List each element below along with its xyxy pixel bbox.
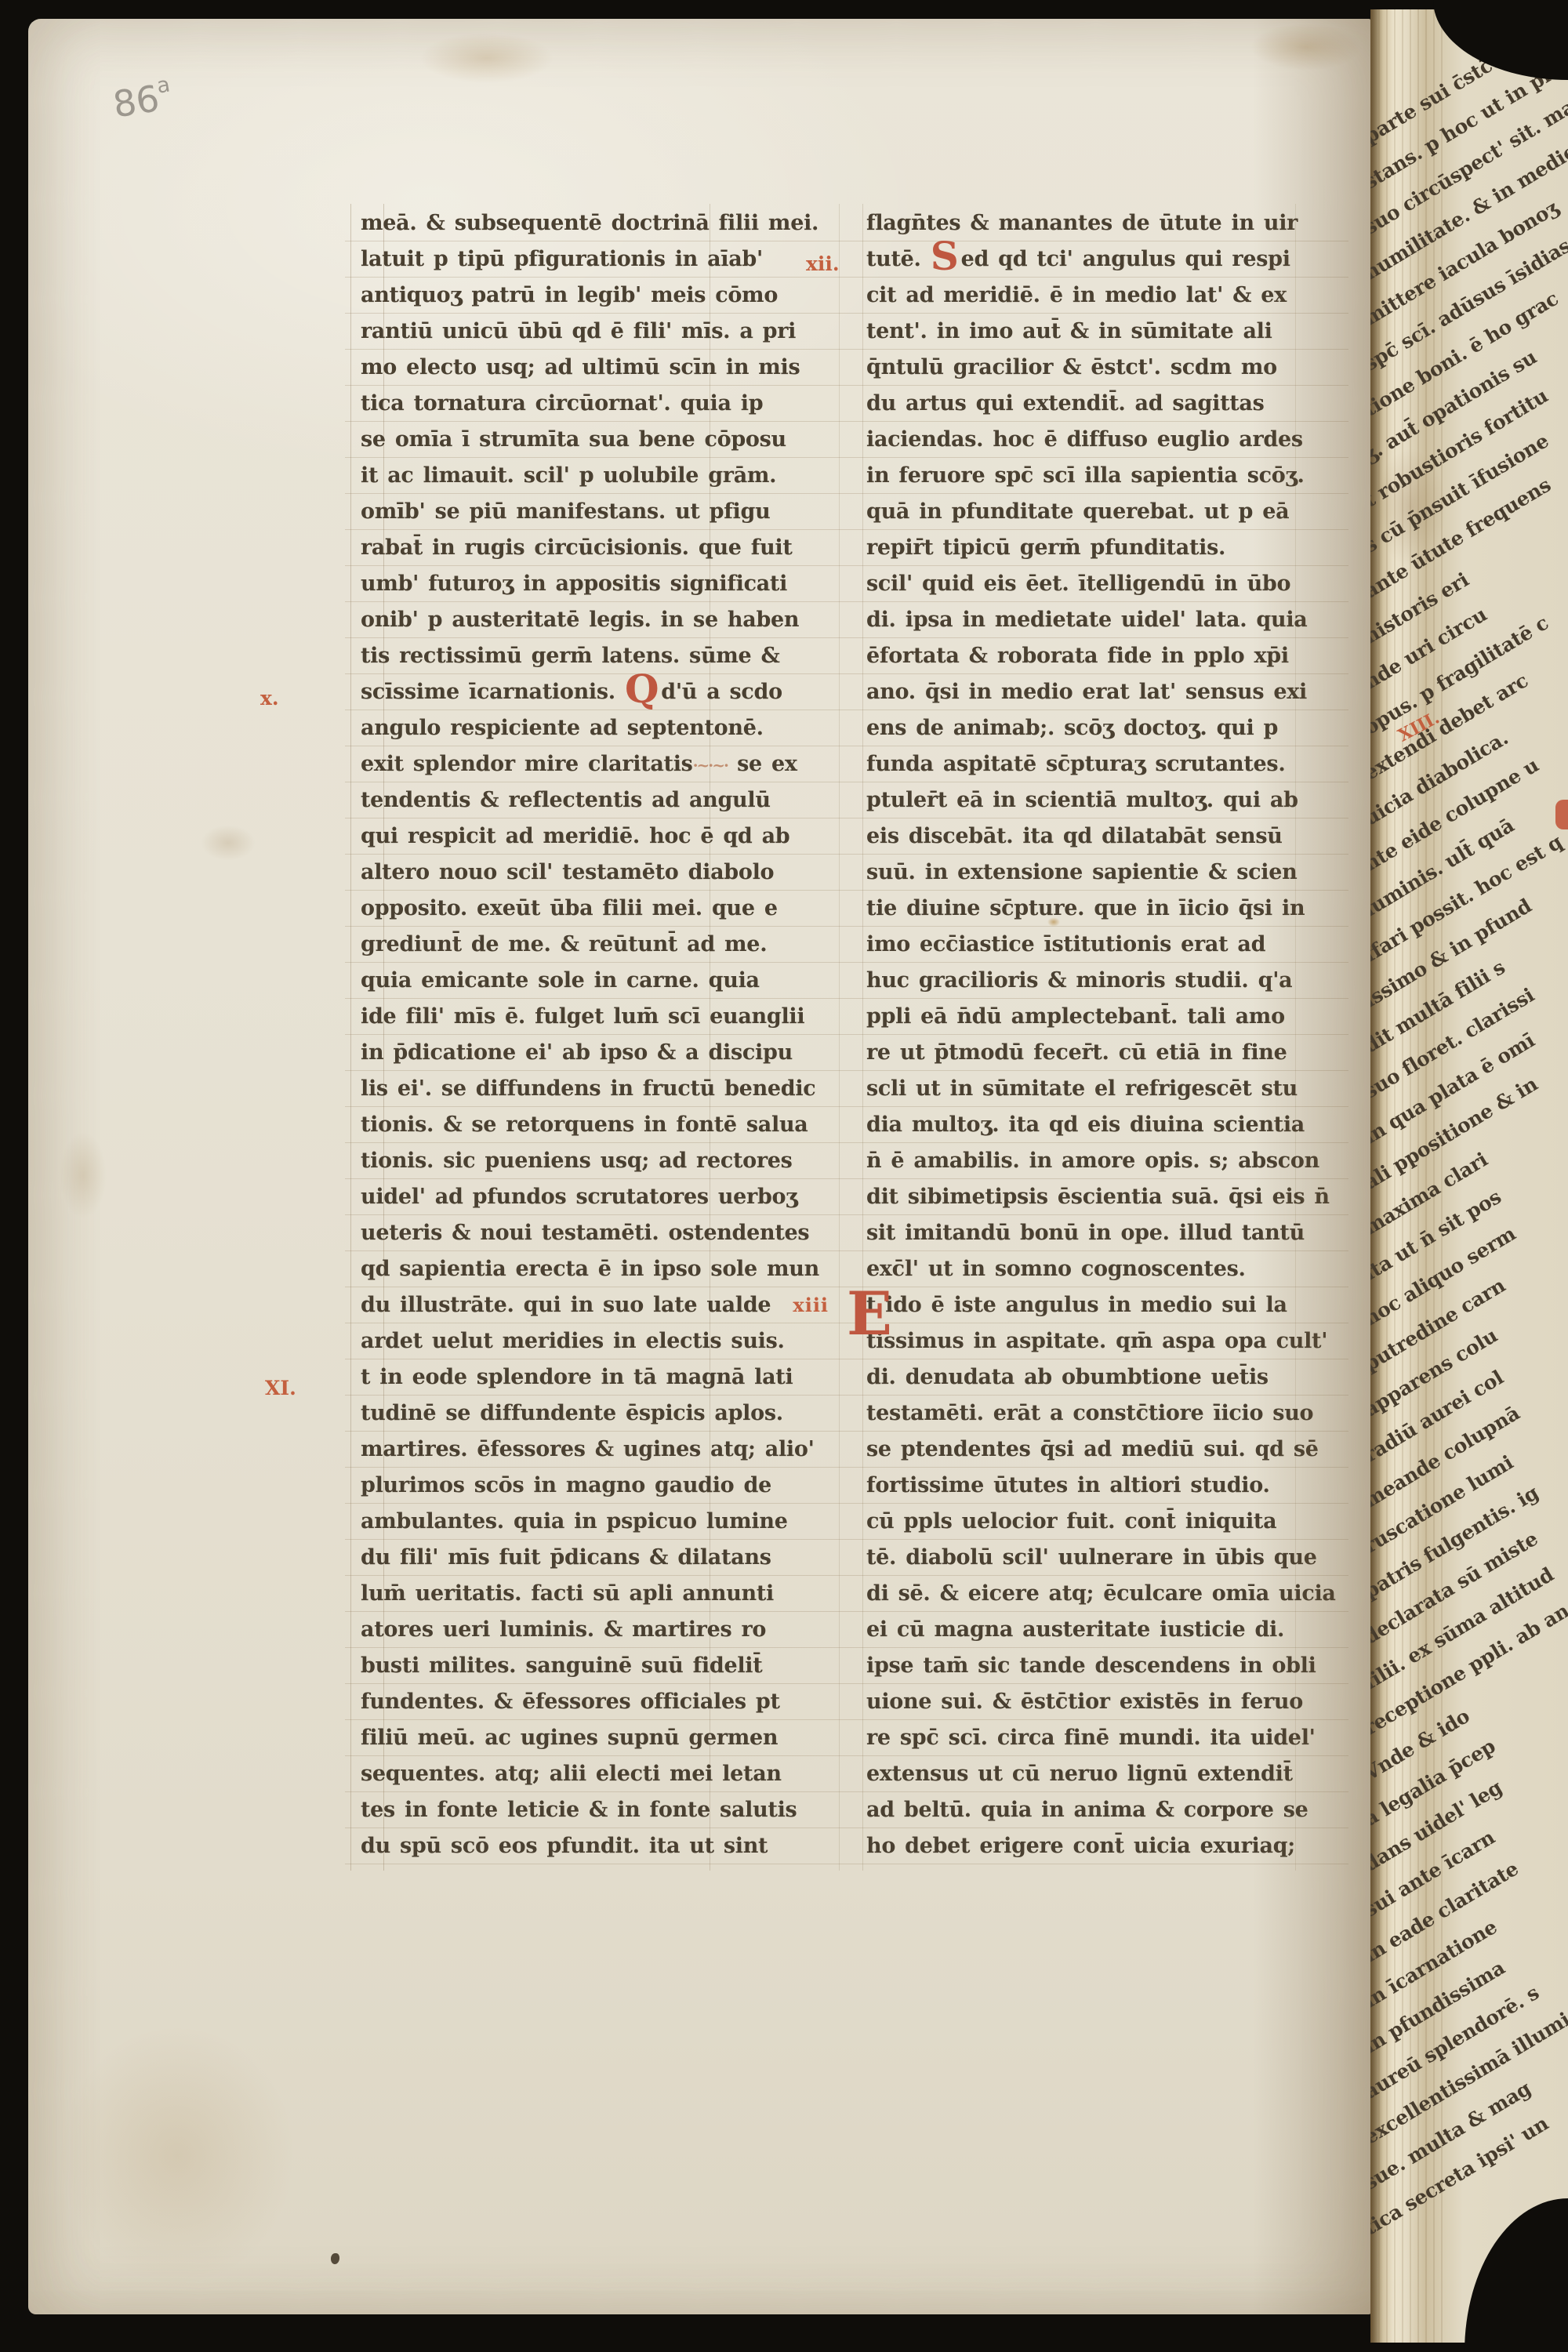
manuscript-text-line: du artus qui extendit̄. ad sagittas [866,386,1305,422]
manuscript-text-line: ēfortata & roborata fide in pplo xp̄i [866,638,1305,674]
parchment-stain [60,2026,295,2285]
manuscript-text-line: uione sui. & ēstc̄tior existēs in feruo [866,1684,1305,1720]
folio-number: 86a [110,72,175,125]
line-filler-flourish: ·~·~· [693,756,728,775]
ink-blot [331,2253,339,2264]
manuscript-text-line: funda aspitatē sc̄pturaʒ scrutantes. [866,746,1305,782]
manuscript-text-line: ens de animab;. scōʒ doctoʒ. qui p [866,710,1305,746]
manuscript-text-line: rantiū unicū ūbū qd ē fili' mīs. a pri [361,314,734,350]
manuscript-text-line: q̄ntulū gracilior & ēstct'. scdm mo [866,350,1305,386]
parchment-stain [1047,917,1060,927]
manuscript-text-line: ei cū magna austeritate iusticie di. [866,1612,1305,1648]
manuscript-text-line: du fili' mīs fuit p̄dicans & dilatans [361,1540,734,1576]
ruling-line-vertical [839,204,840,1871]
manuscript-text-line: ardet uelut meridies in electis suis. [361,1323,734,1359]
manuscript-text-line: huc gracilioris & minoris studii. q'a [866,963,1305,999]
manuscript-text-line: umb' futuroʒ in appositis significati [361,566,734,602]
text-column-right: flagn̄tes & manantes de ūtute in uirtutē… [866,205,1305,1864]
chapter-numeral-xi: XI. [265,1377,296,1399]
parchment-stain [1251,24,1361,71]
manuscript-text-line: lum̄ ueritatis. facti sū apli annunti [361,1576,734,1612]
manuscript-text-line: n̄ ē amabilis. in amore opis. s; abscon [866,1143,1305,1179]
manuscript-text-line: angulo respiciente ad septentonē. [361,710,734,746]
manuscript-text-line: latuit p tipū pfigurationis in aīab' [361,241,734,278]
manuscript-text-line: se omīa ī strumīta sua bene cōposu [361,422,734,458]
partial-rubric-initial [1555,800,1568,829]
manuscript-text-line: du spū scō eos pfundit. ita ut sint [361,1828,734,1864]
manuscript-text-line: ho debet erigere cont̄ uicia exuriaq; [866,1828,1305,1864]
manuscript-text-line: ipse tam̄ sic tande descendens in obli [866,1648,1305,1684]
manuscript-text-line: tendentis & reflectentis ad angulū [361,782,734,818]
manuscript-text-line: ambulantes. quia in pspicuo lumine [361,1504,734,1540]
facing-page-text: parte sui c̄stc̄tior. & instans. p hoc u… [1370,9,1568,2343]
manuscript-text-line: eis discebāt. ita qd dilatabāt sensū [866,818,1305,855]
ruling-line-vertical [350,204,351,1871]
manuscript-text-line: busti milites. sanguinē suū fidelit̄ [361,1648,734,1684]
manuscript-text-line: omīb' se piū manifestans. ut pfigu [361,494,734,530]
manuscript-text-line: t in eode splendore in tā magnā lati [361,1359,734,1396]
manuscript-photo: 86a meā. & subsequentē doctrinā filii me… [0,0,1568,2352]
manuscript-text-line: antiquoʒ patrū in legib' meis cōmo [361,278,734,314]
manuscript-text-line: scli ut in sūmitate el refrigescēt stu [866,1071,1305,1107]
manuscript-text-line: fundentes. & ēfessores officiales pt [361,1684,734,1720]
manuscript-text-line: tes in fonte leticie & in fonte salutis [361,1792,734,1828]
manuscript-text-line: tionis. & se retorquens in fontē salua [361,1107,734,1143]
parchment-stain [420,33,554,83]
manuscript-text-line: in feruore spc̄ scī illa sapientia scōʒ. [866,458,1305,494]
manuscript-text-line: di. ipsa in medietate uidel' lata. quia [866,602,1305,638]
manuscript-text-line: ppli eā n̄dū amplectebant̄. tali amo [866,999,1305,1035]
parchment-stain [201,825,256,861]
manuscript-text-line: tē. diabolū scil' uulnerare in ūbis que [866,1540,1305,1576]
manuscript-text-line: suū. in extensione sapientie & scien [866,855,1305,891]
manuscript-text-line: scil' quid eis ēet. ītelligendū in ūbo [866,566,1305,602]
manuscript-text-line: dia multoʒ. ita qd eis diuina scientia [866,1107,1305,1143]
manuscript-text-line: ad beltū. quia in anima & corpore se [866,1792,1305,1828]
manuscript-text-line: cit ad meridiē. ē in medio lat' & ex [866,278,1305,314]
manuscript-text-line: ano. q̄si in medio erat lat' sensus exi [866,674,1305,710]
manuscript-text-line: martires. ēfessores & ugines atq; alio' [361,1432,734,1468]
facing-page-edge: parte sui c̄stc̄tior. & instans. p hoc u… [1370,9,1568,2343]
manuscript-text-line: quia emicante sole in carne. quia [361,963,734,999]
manuscript-text-line: sit imitandū bonū in ope. illud tantū [866,1215,1305,1251]
manuscript-text-line: dit sibimetipsis ēscientia suā. q̄si eis… [866,1179,1305,1215]
manuscript-text-line: filiū meū. ac ugines supnū germen [361,1720,734,1756]
manuscript-text-line: onib' p austeritatē legis. in se haben [361,602,734,638]
manuscript-text-line: sequentes. atq; alii electi mei letan [361,1756,734,1792]
manuscript-text-line: tudinē se diffundente ēspicis aplos. [361,1396,734,1432]
manuscript-text-line: cū ppls uelocior fuit. cont̄ iniquita [866,1504,1305,1540]
rubric-initial-e: E [847,1284,892,1344]
manuscript-text-line: tis rectissimū germ̄ latens. sūme & [361,638,734,674]
manuscript-text-line: grediunt̄ de me. & reūtunt̄ ad me. [361,927,734,963]
chapter-numeral-xii: xii. [806,252,840,275]
manuscript-page: 86a meā. & subsequentē doctrinā filii me… [28,19,1370,2314]
manuscript-text-line: in p̄dicatione ei' ab ipso & a discipu [361,1035,734,1071]
parchment-stain [60,1132,107,1218]
text-column-left: meā. & subsequentē doctrinā filii mei.la… [361,205,734,1864]
manuscript-text-line: ptuler̄t eā in scientiā multoʒ. qui ab [866,782,1305,818]
manuscript-text-line: qui respicit ad meridiē. hoc ē qd ab [361,818,734,855]
manuscript-text-line: plurimos scōs in magno gaudio de [361,1468,734,1504]
manuscript-text-line: tionis. sic pueniens usq; ad rectores [361,1143,734,1179]
manuscript-text-line: re spc̄ scī. circa finē mundi. ita uidel… [866,1720,1305,1756]
manuscript-text-line: mo electo usq; ad ultimū scīn in mis [361,350,734,386]
manuscript-text-line: opposito. exeūt ūba filii mei. que e [361,891,734,927]
manuscript-text-line: fortissime ūtutes in altiori studio. [866,1468,1305,1504]
folio-number-suffix: a [155,72,172,98]
manuscript-text-line: imo ecc̄iastice īstitutionis erat ad [866,927,1305,963]
manuscript-text-line: exc̄l' ut in somno cognoscentes. [866,1251,1305,1287]
manuscript-text-line: re ut p̄tmodū fecer̄t. cū etiā in fine [866,1035,1305,1071]
manuscript-text-line: repir̄t tipicū germ̄ pfunditatis. [866,530,1305,566]
chapter-numeral-x: x. [260,687,279,710]
manuscript-text-line: quā in pfunditate querebat. ut p eā [866,494,1305,530]
manuscript-text-line: se ptendentes q̄si ad mediū sui. qd sē [866,1432,1305,1468]
manuscript-text-line: it ac limauit. scil' p uolubile grām. [361,458,734,494]
manuscript-text-line: t ido ē iste angulus in medio sui la [866,1287,1305,1323]
manuscript-text-line: di. denudata ab obumbtione uet̄is [866,1359,1305,1396]
manuscript-text-line: tent'. in imo aut̄ & in sūmitate ali [866,314,1305,350]
rubric-initial: Q [625,666,659,712]
manuscript-text-line: testamēti. erāt a constc̄tiore īicio suo [866,1396,1305,1432]
manuscript-text-line: qd sapientia erecta ē in ipso sole mun [361,1251,734,1287]
manuscript-text-line: ueteris & noui testamēti. ostendentes [361,1215,734,1251]
manuscript-text-line: tutē. Sed qd tci' angulus qui respi [866,241,1305,278]
manuscript-text-line: scīssime īcarnationis. Qd'ū a scdo [361,674,734,710]
ruling-line-vertical [862,204,863,1871]
manuscript-text-line: altero nouo scil' testamēto diabolo [361,855,734,891]
manuscript-text-line: rabat̄ in rugis circūcisionis. que fuit [361,530,734,566]
manuscript-text-line: exit splendor mire claritatis·~·~· se ex [361,746,734,782]
manuscript-text-line: ide fili' mīs ē. fulget lum̄ scī euangli… [361,999,734,1035]
manuscript-text-line: du illustrāte. qui in suo late ualde xii… [361,1287,734,1323]
folio-number-digits: 86 [110,77,162,125]
manuscript-text-line: di sē. & eicere atq; ēculcare omīa uicia [866,1576,1305,1612]
rubric-initial: S [931,233,959,279]
manuscript-text-line: tissimus in aspitate. qm̄ aspa opa cult' [866,1323,1305,1359]
manuscript-text-line: atores ueri luminis. & martires ro [361,1612,734,1648]
manuscript-text-line: lis ei'. se diffundens in fructū benedic [361,1071,734,1107]
manuscript-text-line: uidel' ad pfundos scrutatores uerboʒ [361,1179,734,1215]
manuscript-text-line: tica tornatura circūornat'. quia ip [361,386,734,422]
manuscript-text-line: tie diuine sc̄pture. que in īicio q̄si i… [866,891,1305,927]
manuscript-text-line: extensus ut cū neruo lignū extendit̄ [866,1756,1305,1792]
ruling-line-vertical [1295,204,1296,1871]
manuscript-text-line: iaciendas. hoc ē diffuso euglio ardes [866,422,1305,458]
manuscript-text-line: meā. & subsequentē doctrinā filii mei. [361,205,734,241]
chapter-numeral: xiii [793,1294,829,1316]
